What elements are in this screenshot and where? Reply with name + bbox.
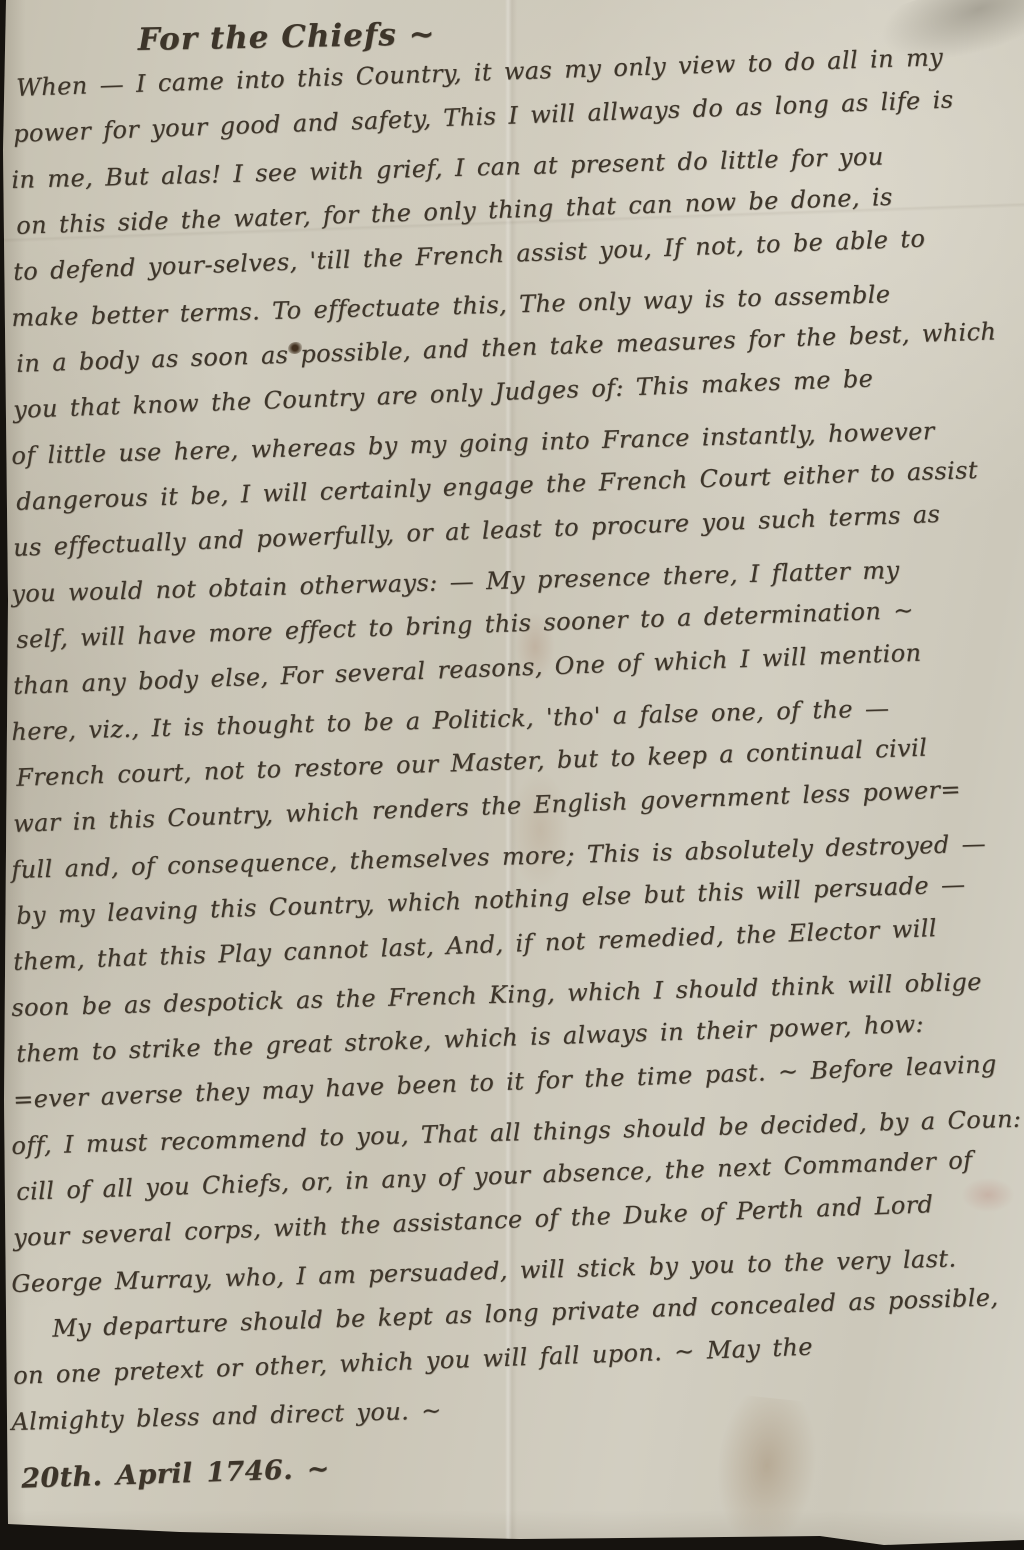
scanned-letter: For the Chiefs ~ When — I came into this… (0, 0, 1024, 1550)
letter-body: For the Chiefs ~ When — I came into this… (12, 22, 1018, 1510)
letter-page: For the Chiefs ~ When — I came into this… (0, 0, 1024, 1550)
